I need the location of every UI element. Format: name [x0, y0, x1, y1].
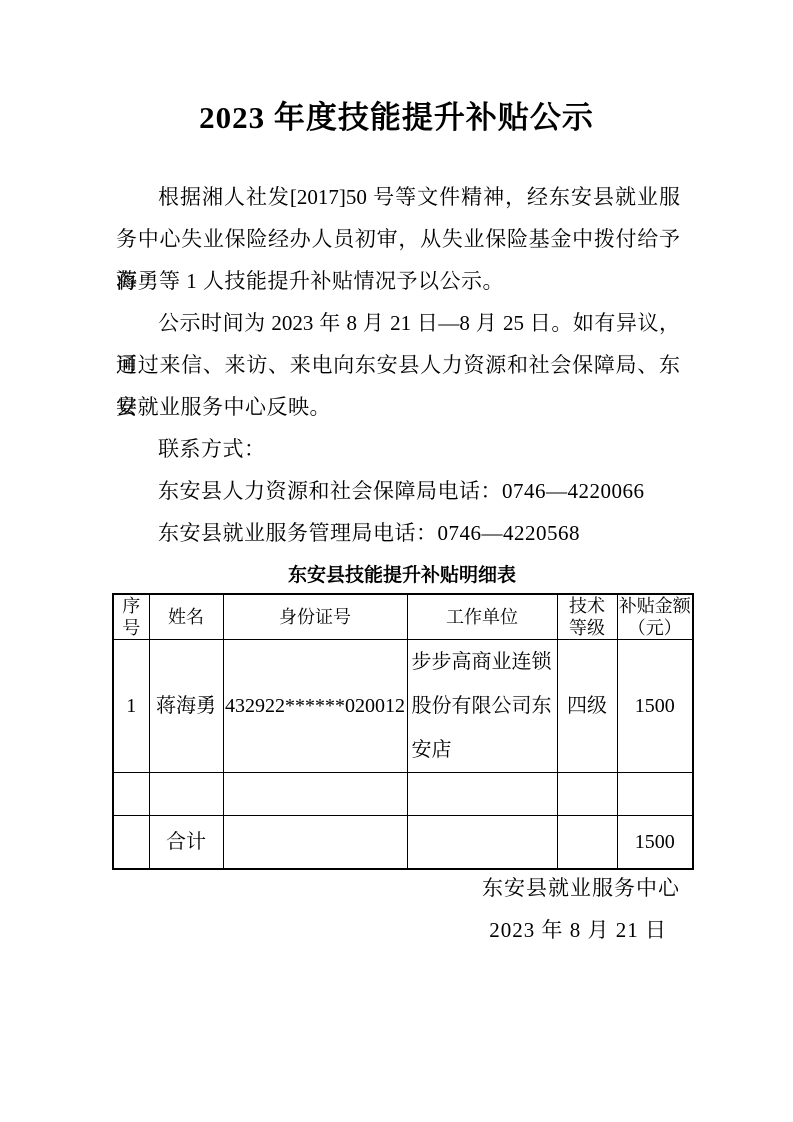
cell-skill-level: [557, 773, 617, 816]
cell-serial-number: 1: [113, 640, 149, 773]
cell-name: [149, 773, 223, 816]
cell-id-number: 432922******020012: [223, 640, 407, 773]
paragraph2-line1: 公示时间为 2023 年 8 月 21 日—8 月 25 日。如有异议，可: [116, 302, 680, 344]
document-body: 根据湘人社发[2017]50 号等文件精神，经东安县就业服 务中心失业保险经办人…: [116, 176, 680, 554]
cell-subsidy-amount: [617, 773, 693, 816]
contact-phone-hr-bureau: 东安县人力资源和社会保障局电话：0746—4220066: [116, 470, 680, 512]
subsidy-detail-table: 序 号 姓名 身份证号 工作单位 技术 等级 补贴金额 （元） 1 蒋海勇 43…: [112, 593, 694, 870]
table-title: 东安县技能提升补贴明细表: [112, 561, 692, 591]
table-header-row: 序 号 姓名 身份证号 工作单位 技术 等级 补贴金额 （元）: [113, 594, 693, 640]
cell-name: 蒋海勇: [149, 640, 223, 773]
cell-id-number: [223, 773, 407, 816]
header-name: 姓名: [149, 594, 223, 640]
paragraph2-line2: 通过来信、来访、来电向东安县人力资源和社会保障局、东安: [116, 344, 680, 386]
paragraph1-line1: 根据湘人社发[2017]50 号等文件精神，经东安县就业服: [116, 176, 680, 218]
cell-serial-number: [113, 773, 149, 816]
cell-subsidy-amount: 1500: [617, 640, 693, 773]
header-subsidy-amount: 补贴金额 （元）: [617, 594, 693, 640]
cell-employer: [407, 773, 557, 816]
document-title: 2023 年度技能提升补贴公示: [0, 96, 793, 140]
header-employer: 工作单位: [407, 594, 557, 640]
cell-skill-level: [557, 816, 617, 870]
paragraph2-line3: 县就业服务中心反映。: [116, 386, 680, 428]
cell-employer: 步步高商业连锁 股份有限公司东 安店: [407, 640, 557, 773]
cell-serial-number: [113, 816, 149, 870]
header-serial-number: 序 号: [113, 594, 149, 640]
cell-total-amount: 1500: [617, 816, 693, 870]
contact-phone-employment-bureau: 东安县就业服务管理局电话：0746—4220568: [116, 512, 680, 554]
header-id-number: 身份证号: [223, 594, 407, 640]
signature-date: 2023 年 8 月 21 日: [116, 909, 680, 951]
signature-organization: 东安县就业服务中心: [116, 867, 680, 909]
table-total-row: 合计 1500: [113, 816, 693, 870]
contact-heading: 联系方式：: [116, 428, 680, 470]
cell-total-label: 合计: [149, 816, 223, 870]
paragraph1-line2: 务中心失业保险经办人员初审，从失业保险基金中拨付给予蒋: [116, 218, 680, 260]
notice-document-page: 2023 年度技能提升补贴公示 根据湘人社发[2017]50 号等文件精神，经东…: [0, 0, 793, 1122]
cell-id-number: [223, 816, 407, 870]
paragraph1-line3: 海勇等 1 人技能提升补贴情况予以公示。: [116, 260, 680, 302]
table-row-empty: [113, 773, 693, 816]
table-row: 1 蒋海勇 432922******020012 步步高商业连锁 股份有限公司东…: [113, 640, 693, 773]
cell-employer: [407, 816, 557, 870]
cell-skill-level: 四级: [557, 640, 617, 773]
header-skill-level: 技术 等级: [557, 594, 617, 640]
